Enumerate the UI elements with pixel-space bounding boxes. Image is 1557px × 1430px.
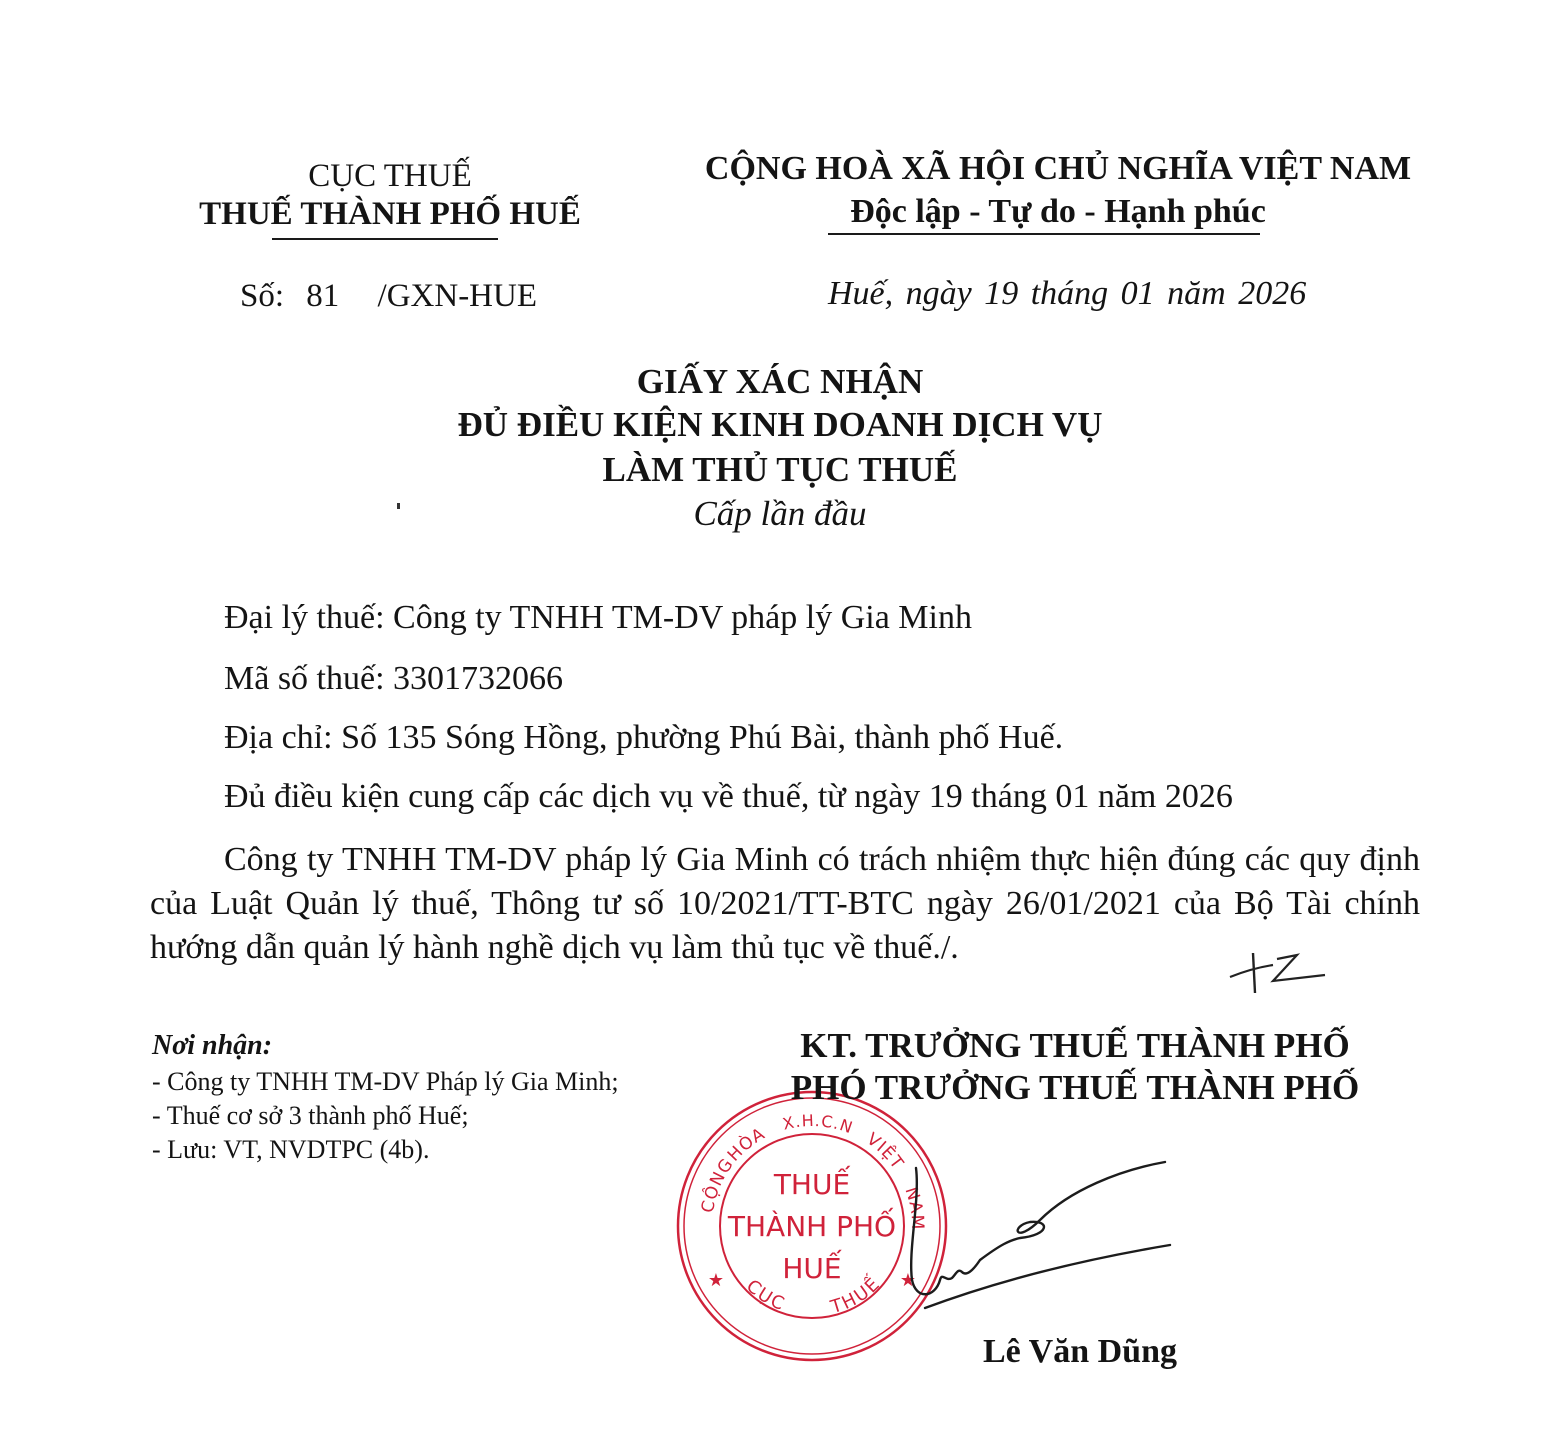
svg-text:★: ★ xyxy=(708,1270,724,1291)
seal-outer-upper-left: HÒA xyxy=(724,1124,769,1166)
agency-name: THUẾ THÀNH PHỐ HUẾ xyxy=(170,196,610,233)
seal-center-line3: HUẾ xyxy=(782,1248,842,1285)
tax-code-field: Mã số thuế: 3301732066 xyxy=(224,660,563,698)
svg-text:CỘNG: CỘNG xyxy=(698,1155,738,1215)
recipients-title: Nơi nhận: xyxy=(152,1030,272,1062)
document-number: Số: 81 /GXN-HUE xyxy=(240,278,537,315)
recipient-item: - Công ty TNHH TM-DV Pháp lý Gia Minh; xyxy=(152,1067,619,1097)
document-title: GIẤY XÁC NHẬN xyxy=(280,362,1280,402)
signer-name: Lê Văn Dũng xyxy=(900,1333,1260,1371)
document-title-line2: ĐỦ ĐIỀU KIỆN KINH DOANH DỊCH VỤ xyxy=(280,405,1280,445)
address-field: Địa chỉ: Số 135 Sóng Hồng, phường Phú Bà… xyxy=(224,719,1063,757)
eligibility-field: Đủ điều kiện cung cấp các dịch vụ về thu… xyxy=(224,778,1233,816)
document-subtitle: Cấp lần đầu xyxy=(280,494,1280,534)
seal-center-line1: THUẾ xyxy=(773,1164,851,1201)
document-title-line3: LÀM THỦ TỤC THUẾ xyxy=(280,450,1280,490)
seal-center-line2: THÀNH PHỐ xyxy=(727,1206,896,1243)
recipient-item: - Lưu: VT, NVDTPC (4b). xyxy=(152,1135,429,1165)
tax-agent-field: Đại lý thuế: Công ty TNHH TM-DV pháp lý … xyxy=(224,599,972,637)
recipient-item: - Thuế cơ sở 3 thành phố Huế; xyxy=(152,1101,469,1131)
doc-number-suffix: /GXN-HUE xyxy=(378,278,537,314)
place-date: Huế, ngày 19 tháng 01 năm 2026 xyxy=(828,275,1306,313)
national-motto: Độc lập - Tự do - Hạnh phúc xyxy=(690,193,1426,231)
agency-underline xyxy=(272,238,498,240)
svg-text:HÒA: HÒA xyxy=(724,1124,769,1166)
agency-parent: CỤC THUẾ xyxy=(180,158,600,195)
initials-mark-icon xyxy=(1225,945,1335,995)
scan-speck xyxy=(397,503,400,509)
doc-number-value: 81 xyxy=(306,278,339,314)
signature-authority-line2: PHÓ TRƯỞNG THUẾ THÀNH PHỐ xyxy=(720,1068,1430,1108)
motto-underline xyxy=(828,233,1260,235)
national-title: CỘNG HOÀ XÃ HỘI CHỦ NGHĨA VIỆT NAM xyxy=(690,150,1426,188)
signature-authority-line1: KT. TRƯỞNG THUẾ THÀNH PHỐ xyxy=(720,1026,1430,1066)
seal-outer-left: CỘNG xyxy=(698,1155,738,1215)
doc-number-label: Số: xyxy=(240,278,284,314)
handwritten-signature-icon xyxy=(900,1150,1200,1310)
